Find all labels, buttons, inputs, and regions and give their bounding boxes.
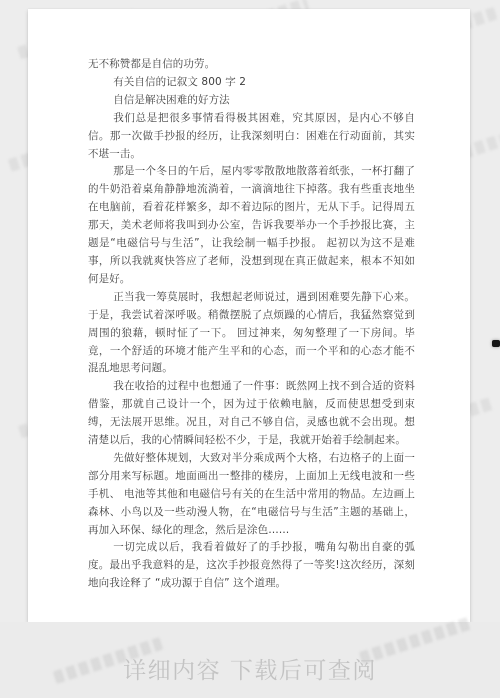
document-paragraph: 无不称赞都是自信的功劳。: [88, 56, 415, 74]
document-paragraph: 那是一个冬日的午后，屋内零零散散地散落着纸张，一杯打翻了的牛奶沿着桌角静静地流淌…: [88, 163, 415, 288]
edge-marker-dot: [492, 340, 500, 347]
download-hint-label: 详细内容 下载后可查阅: [0, 652, 500, 685]
document-paragraph: 先做好整体规划，大致对半分乘成两个大格，右边格子的上面一部分用来写标题。地面画出…: [88, 450, 415, 540]
document-paragraph: 有关自信的记叙文 800 字 2: [88, 74, 415, 92]
document-paragraph: 我在收拾的过程中也想通了一件事：既然网上找不到合适的资料借鉴，那就自己设计一个，…: [88, 378, 415, 450]
document-paragraph: 正当我一筹莫展时，我想起老师说过，遇到困难要先静下心来。于是，我尝试着深呼吸。稍…: [88, 289, 415, 379]
document-paragraph: 一切完成以后，我看着做好了的手抄报，嘴角勾勒出自豪的弧度。最出乎我意料的是，这次…: [88, 539, 415, 593]
document-text-block: 无不称赞都是自信的功劳。有关自信的记叙文 800 字 2自信是解决困难的好方法我…: [88, 56, 415, 593]
document-paragraph: 自信是解决困难的好方法: [88, 92, 415, 110]
document-paragraph: 我们总是把很多事情看得极其困难，究其原因，是内心不够自信。那一次做手抄报的经历，…: [88, 110, 415, 164]
document-page: 无不称赞都是自信的功劳。有关自信的记叙文 800 字 2自信是解决困难的好方法我…: [28, 9, 470, 622]
